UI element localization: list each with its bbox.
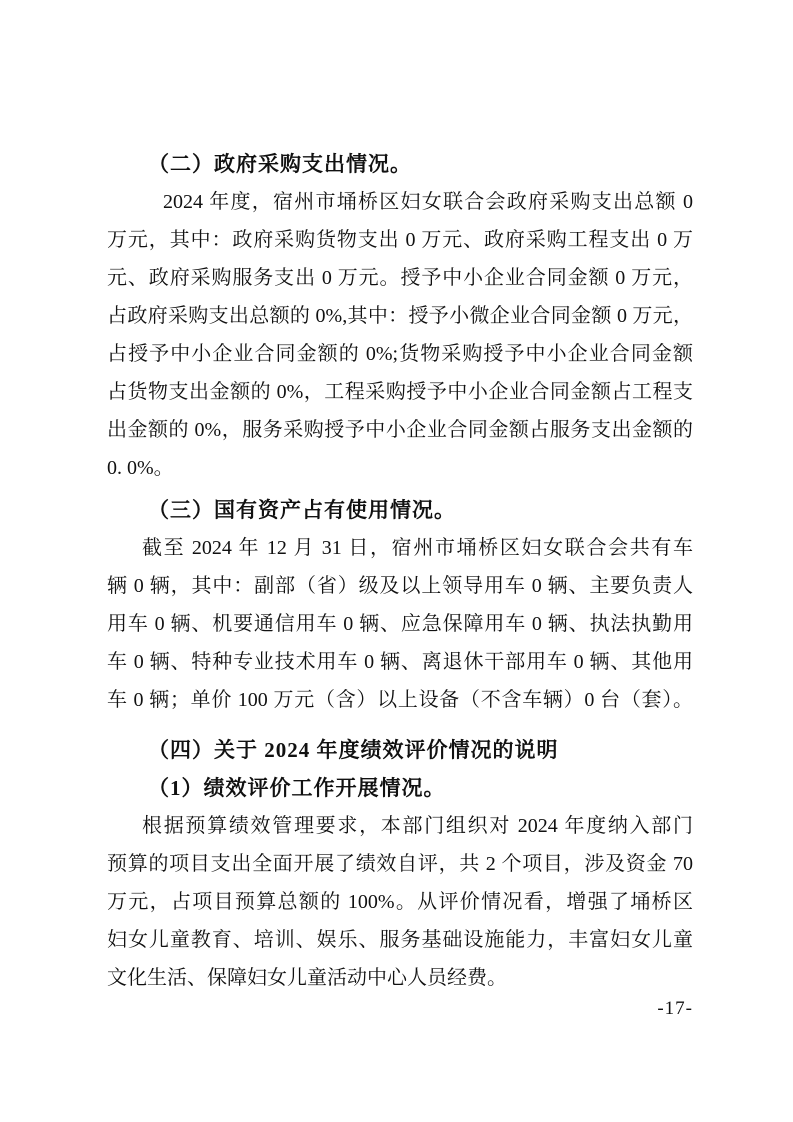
body-line: 车 0 辆、特种专业技术用车 0 辆、离退休干部用车 0 辆、其他用 xyxy=(107,643,693,681)
body-line: 占政府采购支出总额的 0%,其中：授予小微企业合同金额 0 万元， xyxy=(107,297,693,335)
body-line: 0. 0%。 xyxy=(107,449,693,487)
section-heading-procurement: （二）政府采购支出情况。 xyxy=(107,145,693,183)
body-line: 预算的项目支出全面开展了绩效自评，共 2 个项目，涉及资金 70 xyxy=(107,845,693,883)
body-line: 占授予中小企业合同金额的 0%;货物采购授予中小企业合同金额 xyxy=(107,335,693,373)
subsection-heading-performance-work: （1）绩效评价工作开展情况。 xyxy=(107,769,693,807)
body-line: 文化生活、保障妇女儿童活动中心人员经费。 xyxy=(107,959,693,997)
section-heading-performance: （四）关于 2024 年度绩效评价情况的说明 xyxy=(107,731,693,769)
body-line: 万元，其中：政府采购货物支出 0 万元、政府采购工程支出 0 万 xyxy=(107,221,693,259)
section-heading-state-assets: （三）国有资产占有使用情况。 xyxy=(107,491,693,529)
page-number: -17- xyxy=(107,997,693,1021)
body-line: 万元，占项目预算总额的 100%。从评价情况看，增强了埇桥区 xyxy=(107,883,693,921)
body-line: 妇女儿童教育、培训、娱乐、服务基础设施能力，丰富妇女儿童 xyxy=(107,921,693,959)
body-line: 2024 年度，宿州市埇桥区妇女联合会政府采购支出总额 0 xyxy=(107,183,693,221)
body-line: 出金额的 0%，服务采购授予中小企业合同金额占服务支出金额的 xyxy=(107,411,693,449)
body-line: 用车 0 辆、机要通信用车 0 辆、应急保障用车 0 辆、执法执勤用 xyxy=(107,605,693,643)
body-line: 截至 2024 年 12 月 31 日，宿州市埇桥区妇女联合会共有车 xyxy=(107,529,693,567)
body-line: 车 0 辆；单价 100 万元（含）以上设备（不含车辆）0 台（套）。 xyxy=(107,681,693,719)
body-line: 辆 0 辆，其中：副部（省）级及以上领导用车 0 辆、主要负责人 xyxy=(107,567,693,605)
body-line: 根据预算绩效管理要求，本部门组织对 2024 年度纳入部门 xyxy=(107,807,693,845)
body-line: 元、政府采购服务支出 0 万元。授予中小企业合同金额 0 万元， xyxy=(107,259,693,297)
document-page: （二）政府采购支出情况。 2024 年度，宿州市埇桥区妇女联合会政府采购支出总额… xyxy=(0,0,793,1122)
body-line: 占货物支出金额的 0%，工程采购授予中小企业合同金额占工程支 xyxy=(107,373,693,411)
document-body: （二）政府采购支出情况。 2024 年度，宿州市埇桥区妇女联合会政府采购支出总额… xyxy=(107,145,693,1021)
